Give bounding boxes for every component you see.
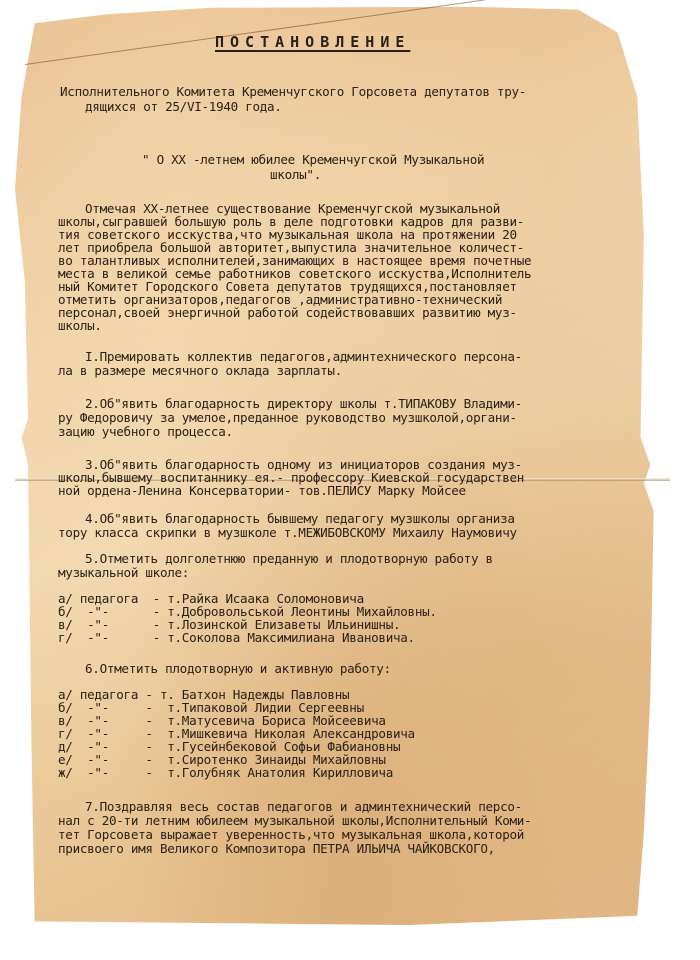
subject-line: школы".: [270, 168, 321, 182]
item-2-line: зацию учебного процесса.: [58, 425, 233, 439]
item-5-list-entry: г/ -"- - т.Соколова Максимилиана Иванови…: [58, 631, 415, 645]
header-line: Исполнительного Комитета Кременчугского …: [60, 85, 526, 99]
preamble-line: школы.: [58, 319, 102, 333]
item-6-list-entry: ж/ -"- - т.Голубняк Анатолия Кирилловича: [58, 766, 393, 780]
subject-line: " О XX -летнем юбилее Кременчугской Музы…: [142, 153, 484, 167]
item-7-line: присвоего имя Великого Композитора ПЕТРА…: [58, 842, 495, 856]
item-2-line: 2.Об"явить благодарность директору школы…: [85, 397, 522, 411]
item-7-line: нал с 20-ти летним юбилеем музыкальной ш…: [58, 814, 531, 828]
document-title: ПОСТАНОВЛЕНИЕ: [215, 33, 410, 51]
item-7-line: 7.Поздравляя весь состав педагогов и адм…: [85, 800, 522, 814]
header-line: дящихся от 25/VI-1940 года.: [85, 100, 282, 114]
preamble-line: персонал,своей энергичной работой содейс…: [58, 306, 517, 320]
item-6-heading: 6.Отметить плодотворную и активную работ…: [85, 662, 391, 676]
item-4-line: 4.Об"явить благодарность бывшему педагог…: [85, 512, 515, 526]
item-5-line: 5.Отметить долголетнюю преданную и плодо…: [85, 552, 493, 566]
item-1-line: ла в размере месячного оклада зарплаты.: [58, 364, 342, 378]
item-4-line: тору класса скрипки в музшколе т.МЕЖИБОВ…: [58, 526, 517, 540]
item-7-line: тет Горсовета выражает уверенность,что м…: [58, 828, 524, 842]
item-5-line: музыкальной школе:: [58, 566, 189, 580]
item-1-line: I.Премировать коллектив педагогов,админт…: [85, 350, 522, 364]
item-2-line: ру Федоровичу за умелое,преданное руково…: [58, 411, 517, 425]
item-3-line: ной ордена-Ленина Консерватории- тов.ПЕЛ…: [58, 484, 466, 498]
